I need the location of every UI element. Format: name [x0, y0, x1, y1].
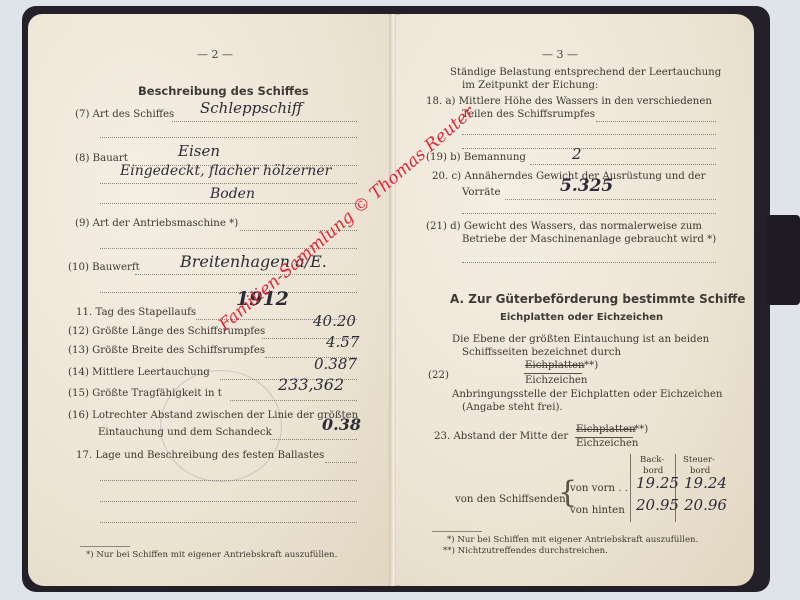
page-number-right: — 3 — — [542, 48, 578, 61]
section-a-subheading: Eichplatten oder Eichzeichen — [500, 312, 663, 323]
field-22-fraction-line — [524, 373, 582, 374]
field-21d-label-2: Betriebe der Maschinenanlage gebraucht w… — [462, 234, 716, 245]
table-divider-1 — [630, 454, 631, 522]
field-15-label: (15) Größte Tragfähigkeit in t — [68, 388, 222, 399]
field-22-text-1: Die Ebene der größten Eintauchung ist an… — [452, 334, 709, 345]
footnote-rule-right — [432, 531, 482, 532]
field-22-note-2: (Angabe steht frei). — [462, 402, 563, 413]
row-2-label: von hinten — [570, 505, 625, 516]
field-7-label: (7) Art des Schiffes — [75, 109, 174, 120]
field-23-label: 23. Abstand der Mitte der — [434, 431, 568, 442]
field-10-label: (10) Bauwerft — [68, 262, 140, 273]
row-1-steuerbord: 19.24 — [684, 474, 727, 492]
field-14-value: 0.387 — [314, 355, 357, 373]
field-22-option-kept: Eichzeichen — [525, 375, 587, 386]
right-footnote-1: *) Nur bei Schiffen mit eigener Antriebs… — [447, 535, 698, 545]
field-22-text-2: Schiffsseiten bezeichnet durch — [462, 347, 621, 358]
field-14-label: (14) Mittlere Leertauchung — [68, 367, 210, 378]
field-17-line — [325, 462, 357, 463]
field-7-value: Schleppschiff — [200, 99, 302, 117]
field-16-label-2: Eintauchung und dem Schandeck — [98, 427, 272, 438]
field-15-value: 233,362 — [278, 375, 344, 394]
field-10-line-2 — [100, 292, 357, 293]
left-footnote: *) Nur bei Schiffen mit eigener Antriebs… — [86, 550, 337, 560]
field-8-line-3 — [100, 203, 357, 204]
field-11-label: 11. Tag des Stapellaufs — [76, 307, 196, 318]
field-13-label: (13) Größte Breite des Schiffsrumpfes — [68, 345, 265, 356]
field-23-option-marker: **) — [634, 424, 648, 435]
page-number-left: — 2 — — [197, 48, 233, 61]
field-16-line — [270, 439, 357, 440]
field-17-line-2 — [100, 480, 357, 481]
field-18a-line — [596, 121, 716, 122]
field-12-value: 40.20 — [313, 312, 356, 330]
field-18a-line-2 — [462, 134, 716, 135]
row-1-backbord: 19.25 — [636, 474, 679, 492]
field-16-label-1: (16) Lotrechter Abstand zwischen der Lin… — [68, 410, 358, 421]
field-19b-line — [530, 164, 716, 165]
right-footnote-2: **) Nichtzutreffendes durchstreichen. — [443, 546, 608, 556]
section-a-heading: A. Zur Güterbeförderung bestimmte Schiff… — [450, 292, 745, 306]
row-1-label: von vorn . . — [570, 483, 628, 494]
field-22-option-marker: **) — [584, 360, 598, 371]
field-18a-label-2: Teilen des Schiffsrumpfes — [462, 109, 595, 120]
field-20c-value: 5.325 — [560, 176, 613, 196]
field-19b-label: (19) b) Bemannung — [426, 152, 526, 163]
row-2-backbord: 20.95 — [636, 496, 679, 514]
field-8-value-2: Eingedeckt, flacher hölzerner — [120, 163, 331, 179]
field-20c-line-2 — [462, 213, 716, 214]
field-7-line — [172, 121, 357, 122]
field-21d-label-1: (21) d) Gewicht des Wassers, das normale… — [426, 221, 702, 232]
field-22-number: (22) — [428, 370, 449, 381]
intro-line-1: Ständige Belastung entsprechend der Leer… — [450, 67, 721, 78]
field-15-line — [230, 400, 357, 401]
faded-stamp — [160, 370, 282, 482]
field-21d-line — [462, 262, 716, 263]
field-9-label: (9) Art der Antriebsmaschine *) — [75, 218, 238, 229]
field-19b-value: 2 — [572, 145, 582, 163]
header-steuerbord-1: Steuer- — [683, 455, 715, 465]
row-group-label: von den Schiffsenden — [455, 494, 566, 505]
field-23-option-kept: Eichzeichen — [576, 438, 638, 449]
left-page-heading: Beschreibung des Schiffes — [138, 84, 309, 98]
field-8-line-2 — [100, 183, 357, 184]
field-23-option-struck: Eichplatten — [576, 424, 636, 435]
field-17-line-4 — [100, 522, 357, 523]
field-20c-label-2: Vorräte — [462, 187, 501, 198]
book-closure-tab — [766, 215, 800, 305]
footnote-rule-left — [80, 546, 130, 547]
field-16-value: 0.38 — [322, 415, 361, 434]
field-17-line-3 — [100, 501, 357, 502]
field-18a-line-3 — [462, 148, 716, 149]
field-22-note-1: Anbringungsstelle der Eichplatten oder E… — [452, 389, 722, 400]
field-8-value-1: Eisen — [178, 142, 220, 160]
field-22-option-struck: Eichplatten — [525, 360, 585, 371]
field-10-line — [135, 274, 357, 275]
intro-line-2: im Zeitpunkt der Eichung: — [462, 80, 598, 91]
row-2-steuerbord: 20.96 — [684, 496, 727, 514]
field-20c-line — [505, 199, 716, 200]
field-8-value-3: Boden — [210, 186, 255, 202]
header-backbord-1: Back- — [640, 455, 664, 465]
field-13-value: 4.57 — [326, 333, 359, 351]
field-7-line-2 — [100, 137, 357, 138]
field-17-label: 17. Lage und Beschreibung des festen Bal… — [76, 450, 324, 461]
